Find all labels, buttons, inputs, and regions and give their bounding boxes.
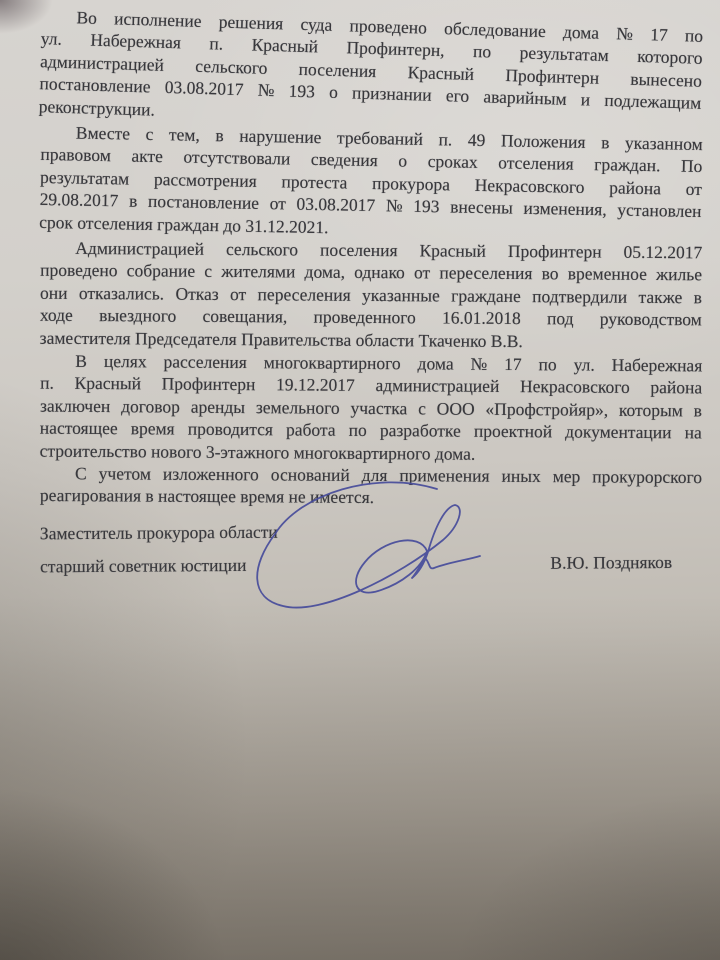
word: Набережная bbox=[612, 354, 703, 376]
word: временное bbox=[568, 264, 647, 286]
word: поселения bbox=[320, 240, 398, 262]
word: выездного bbox=[99, 306, 176, 328]
word: Набережная bbox=[90, 30, 181, 54]
word: по bbox=[685, 25, 704, 47]
word: исполнение bbox=[114, 8, 202, 32]
word: в bbox=[215, 125, 224, 146]
word: собрание bbox=[127, 261, 196, 282]
word: в bbox=[694, 288, 702, 309]
word: проведено bbox=[40, 261, 118, 283]
word: № bbox=[257, 80, 274, 101]
word: заключен bbox=[40, 395, 110, 417]
word: поселения bbox=[298, 59, 376, 82]
word: Красный bbox=[75, 373, 142, 394]
word: № bbox=[386, 196, 403, 217]
signature-stroke-inner-oval bbox=[356, 540, 427, 592]
word: также bbox=[638, 287, 682, 308]
word: ул. bbox=[574, 354, 595, 375]
word: подлежащим bbox=[604, 90, 701, 114]
word: земельного bbox=[256, 397, 340, 419]
word: проводится bbox=[188, 419, 273, 441]
word: сельского bbox=[195, 56, 268, 79]
word: изменения, bbox=[523, 198, 607, 221]
word: указанном bbox=[625, 133, 703, 155]
word: района bbox=[650, 377, 702, 398]
word: Профинтерн bbox=[505, 65, 599, 89]
word: 03.08.2017 bbox=[164, 77, 243, 100]
word: по bbox=[473, 41, 492, 63]
document-body: Воисполнениерешениясудапроведенообследов… bbox=[40, 16, 702, 510]
word: подтвердили bbox=[532, 286, 627, 308]
word: разработке bbox=[380, 420, 461, 442]
word: 17 bbox=[504, 354, 522, 375]
word: время bbox=[131, 418, 175, 439]
signer-position-line2: старший советник юстиции bbox=[40, 555, 247, 577]
word: № bbox=[616, 23, 633, 44]
paragraph: Вместестем,внарушениетребованийп.49Полож… bbox=[39, 122, 703, 246]
word: прокурора bbox=[372, 173, 450, 195]
word: Вместе bbox=[76, 123, 131, 145]
word: По bbox=[681, 156, 703, 177]
word: с bbox=[145, 124, 153, 145]
word: постановление bbox=[39, 73, 151, 97]
word: дома, bbox=[305, 262, 346, 283]
word: проведенного bbox=[313, 307, 415, 329]
paragraph: Воисполнениерешениясудапроведенообследов… bbox=[38, 6, 703, 138]
word: переселения bbox=[258, 284, 351, 306]
word: Положения bbox=[501, 131, 586, 154]
word: граждане bbox=[451, 286, 521, 307]
word: по bbox=[539, 354, 557, 375]
word: жилье bbox=[656, 265, 702, 286]
word: 193 bbox=[288, 81, 315, 103]
word: ул. bbox=[41, 29, 63, 51]
word: района bbox=[609, 177, 661, 199]
word: расселения bbox=[163, 351, 246, 373]
word: 17 bbox=[650, 24, 668, 46]
word: во bbox=[542, 264, 559, 285]
word: дома bbox=[563, 22, 600, 44]
word: они bbox=[40, 283, 68, 304]
word: 19.12.2017 bbox=[276, 374, 355, 396]
word: прокурорского bbox=[592, 466, 702, 488]
word: на bbox=[685, 422, 702, 443]
word: граждан. bbox=[594, 155, 661, 177]
word: его bbox=[446, 86, 470, 108]
word: и bbox=[581, 90, 591, 111]
word: 193 bbox=[413, 196, 440, 217]
word: установлен bbox=[617, 200, 702, 223]
word: Во bbox=[76, 7, 97, 29]
word: п. bbox=[40, 373, 54, 394]
word: целях bbox=[104, 351, 147, 372]
word: ходе bbox=[40, 305, 73, 326]
word: Администрацией bbox=[75, 238, 204, 260]
word: В bbox=[75, 350, 87, 371]
word: жителями bbox=[221, 262, 295, 284]
word: постановление bbox=[148, 191, 259, 214]
word: от bbox=[230, 284, 246, 305]
word: Отказ bbox=[175, 284, 218, 305]
word: учетом bbox=[99, 463, 151, 484]
word: от bbox=[686, 179, 703, 200]
word: от bbox=[414, 263, 430, 284]
word: рассмотрения bbox=[154, 169, 257, 192]
word: настоящее bbox=[40, 417, 118, 439]
word: протеста bbox=[281, 171, 347, 193]
word: 03.08.2017 bbox=[296, 194, 375, 216]
word: Профинтерн, bbox=[346, 38, 445, 62]
word: сроках bbox=[427, 152, 477, 174]
word: под bbox=[547, 309, 574, 330]
word: Красный bbox=[407, 62, 474, 85]
word: вынесено bbox=[630, 69, 702, 92]
word: о bbox=[329, 82, 338, 103]
word: аварийным bbox=[483, 87, 567, 110]
word: Некрасовского bbox=[520, 376, 630, 398]
word: решения bbox=[218, 11, 283, 34]
word: 05.12.2017 bbox=[623, 242, 702, 264]
word: ООО bbox=[437, 398, 475, 419]
word: проектной bbox=[474, 421, 552, 443]
word: от bbox=[270, 194, 287, 215]
word: документации bbox=[565, 421, 672, 443]
word: акте bbox=[131, 146, 163, 168]
word: № bbox=[470, 353, 487, 374]
word: участка bbox=[350, 397, 407, 418]
word: администрацией bbox=[375, 375, 499, 397]
word: многоквартирного bbox=[264, 352, 401, 374]
word: с bbox=[204, 262, 212, 283]
word: результатам bbox=[40, 167, 130, 190]
handwritten-signature-ink bbox=[225, 452, 485, 627]
word: отселения bbox=[498, 153, 574, 175]
word: п. bbox=[438, 129, 452, 150]
word: Профинтерн bbox=[162, 373, 256, 395]
word: которым bbox=[619, 399, 683, 420]
word: договор bbox=[121, 396, 180, 417]
word: 29.08.2017 bbox=[39, 189, 118, 211]
document-photo: Воисполнениерешениясудапроведенообследов… bbox=[0, 0, 720, 960]
word: отказались. bbox=[79, 283, 164, 305]
word: правовом bbox=[40, 145, 111, 167]
signature-stroke-loop bbox=[257, 482, 480, 607]
word: Профинтерн bbox=[508, 241, 602, 263]
paragraph: АдминистрациейсельскогопоселенияКрасныйП… bbox=[40, 238, 703, 355]
word: которого bbox=[637, 46, 703, 69]
word: тем, bbox=[169, 124, 200, 146]
word: С bbox=[75, 463, 87, 484]
word: требований bbox=[337, 128, 423, 151]
word: 49 bbox=[468, 130, 486, 151]
word: администрацией bbox=[40, 51, 164, 76]
word: указанные bbox=[362, 285, 440, 307]
word: Красный bbox=[419, 241, 486, 262]
word: мер bbox=[553, 466, 581, 487]
word: суда bbox=[300, 14, 332, 36]
word: аренды bbox=[191, 396, 245, 417]
word: руководством bbox=[600, 309, 702, 331]
word: иных bbox=[501, 466, 540, 487]
word: в bbox=[694, 400, 702, 421]
word: отсутствовали bbox=[183, 147, 290, 170]
word: сведения bbox=[311, 150, 378, 172]
signer-name: В.Ю. Поздняков bbox=[550, 552, 702, 574]
word: дома bbox=[418, 353, 454, 374]
word: п. bbox=[209, 34, 223, 55]
word: обследование bbox=[444, 18, 546, 42]
word: о bbox=[398, 151, 407, 172]
word: работа bbox=[286, 419, 336, 440]
word: в bbox=[601, 132, 610, 153]
paragraph: Вцеляхрасселениямногоквартирногодома№17п… bbox=[40, 350, 703, 467]
word: в bbox=[129, 191, 138, 212]
word: переселения bbox=[439, 263, 532, 285]
word: Красный bbox=[251, 35, 318, 58]
word: совещания, bbox=[202, 307, 287, 329]
word: признании bbox=[352, 83, 432, 106]
word: 16.01.2018 bbox=[442, 308, 521, 330]
word: проведено bbox=[349, 15, 427, 38]
word: «Профстройяр», bbox=[485, 398, 608, 420]
word: нарушение bbox=[239, 126, 322, 149]
word: результатам bbox=[519, 43, 609, 67]
word: с bbox=[418, 398, 426, 419]
word: однако bbox=[354, 263, 405, 284]
word: внесены bbox=[450, 197, 513, 219]
word: сельского bbox=[226, 239, 298, 261]
word: по bbox=[349, 420, 367, 441]
word: Некрасовского bbox=[475, 175, 585, 198]
